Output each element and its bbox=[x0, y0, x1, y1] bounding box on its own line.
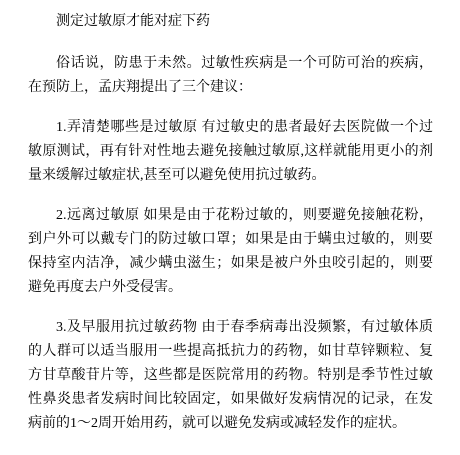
paragraph-advice-1: 1.弄清楚哪些是过敏原 有过敏史的患者最好去医院做一个过敏原测试，再有针对性地去… bbox=[28, 116, 433, 188]
paragraph-intro: 俗话说，防患于未然。过敏性疾病是一个可防可治的疾病，在预防上，孟庆翔提出了三个建… bbox=[28, 52, 433, 100]
article-page: 测定过敏原才能对症下药 俗话说，防患于未然。过敏性疾病是一个可防可治的疾病，在预… bbox=[0, 0, 460, 455]
paragraph-advice-2: 2.远离过敏原 如果是由于花粉过敏的，则要避免接触花粉，到户外可以戴专门的防过敏… bbox=[28, 204, 433, 300]
article-title: 测定过敏原才能对症下药 bbox=[28, 10, 433, 34]
paragraph-advice-3: 3.及早服用抗过敏药物 由于春季病毒出没频繁，有过敏体质的人群可以适当服用一些提… bbox=[28, 316, 433, 436]
